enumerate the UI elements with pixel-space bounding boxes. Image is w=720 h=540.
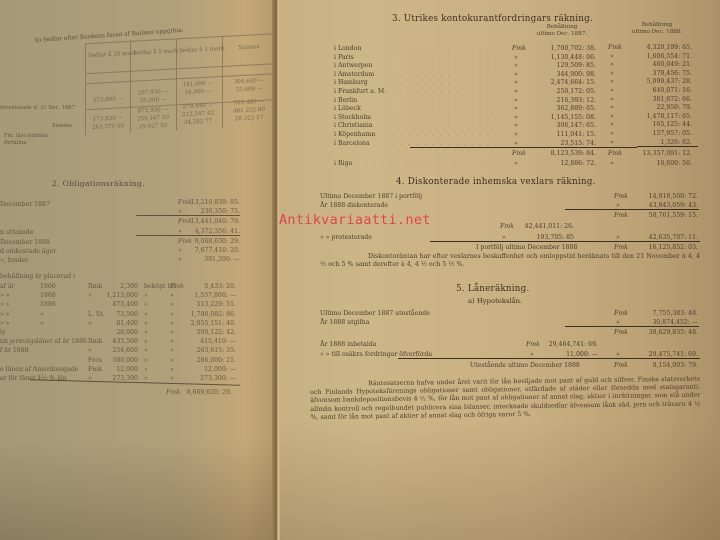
holding-value: 415,410: — — [180, 337, 236, 346]
obl-value: 7,677,410: 20. — [188, 246, 240, 255]
holdings-intro: behållning är placerad i — [0, 272, 75, 281]
holding-year: » — [40, 319, 44, 328]
col2-header-line1: Behållning — [622, 22, 692, 29]
holdings-total: 8,669,620: 29. — [178, 388, 232, 397]
dots: . . . . . . . . . . . . . . . . . . . . … — [350, 159, 500, 168]
currency: » — [170, 337, 174, 346]
col-header-5: Sedlar å 5 mark — [133, 49, 173, 57]
currency: » — [170, 310, 174, 319]
cell: 29,927 50 — [133, 123, 173, 131]
section5-title: 5. Låneräkning. — [456, 284, 530, 294]
holding-nominal: 1,213,600 — [100, 291, 138, 300]
currency: » — [514, 159, 518, 168]
holding-unit: » — [88, 346, 92, 355]
holding-note: » — [144, 310, 148, 319]
holding-value: 513,229: 51. — [180, 300, 236, 309]
holding-value: 509,122: 42. — [180, 328, 236, 337]
loan-row-label: Ultimo December 1887 utestående — [320, 309, 430, 318]
obl-row-label: d omkostade äger — [0, 247, 56, 256]
currency: » — [610, 159, 614, 168]
banknote-table: Sedlar å 20 mark Sedlar å 5 mark Sedlar … — [70, 33, 278, 136]
obl-row-label: », fonder — [0, 256, 28, 265]
holding-value: 263,615: 35. — [180, 346, 236, 355]
holding-nominal: 2,300 — [100, 282, 138, 291]
col1-header-line2: ultimo Dec. 1887. — [528, 31, 596, 38]
loan-repaid-label: År 1888 inbetalda — [320, 340, 377, 349]
cell: 16,000 — — [178, 88, 218, 96]
holding-label: nh jernvägslånet af år 1886 — [0, 337, 87, 346]
city-label: i Barcelona — [334, 139, 370, 148]
loan-value: 7,755,383: 48. — [624, 309, 698, 318]
currency: Fmk — [512, 149, 526, 158]
cell: 259,167 50 — [133, 115, 173, 123]
cell: 304,640 — — [225, 77, 273, 86]
holding-label: ly — [0, 328, 5, 337]
holding-nominal: 12,000 — [100, 365, 138, 374]
currency: » — [170, 356, 174, 365]
holding-note: » — [144, 346, 148, 355]
holding-note: » — [144, 319, 148, 328]
holding-nominal: 73,500 — [100, 310, 138, 319]
cell: 28,323 17 — [225, 114, 273, 123]
riga-1887: 12,886: 72. — [528, 159, 596, 168]
obl-value: 391,200: — — [188, 255, 240, 264]
col-header-1: Sedlar å 1 mark — [179, 46, 219, 54]
holding-value: 12,000: — — [180, 365, 236, 374]
obl-value: 13,441,040: 70. — [188, 217, 240, 226]
currency: » — [178, 255, 182, 264]
disc-closing: 16,125,852: 03. — [624, 243, 698, 252]
cell: 263,579 50 — [88, 123, 128, 131]
col1-header: Behållning ultimo Dec. 1887. — [528, 24, 596, 38]
row-label: Summa — [52, 122, 72, 131]
holding-year: 1868 — [40, 291, 56, 300]
holding-unit: » — [88, 319, 92, 328]
holding-note: » — [144, 300, 148, 309]
left-page: b) Sedlar efter Bankens fasad af Banken … — [0, 0, 278, 540]
obl-value: 9,068,630: 29. — [188, 237, 240, 246]
holding-label: » » — [0, 291, 10, 300]
holding-value: 286,000: 21. — [180, 356, 236, 365]
disc-paid: 42,441,011: 26. — [510, 222, 574, 231]
disc-row-label: Ultimo December 1887 i portfölj — [320, 192, 422, 201]
holding-nominal: 435,500 — [100, 337, 138, 346]
obl-value: 13,210,839: 95. — [188, 198, 240, 207]
holding-label: » » — [0, 300, 10, 309]
riga-1888: 10,600: 50. — [622, 159, 692, 168]
holding-value: 1,790,082: 86. — [180, 310, 236, 319]
holding-note: » — [144, 291, 148, 300]
col-header-sum: Summa — [225, 43, 273, 52]
currency: » — [170, 300, 174, 309]
disc-subtotal: 58,761,559: 15. — [624, 211, 698, 220]
holding-note: » — [144, 365, 148, 374]
loan-repaid: 29,464,741: 69. — [536, 340, 598, 349]
cell: 173,830 — — [88, 115, 128, 123]
cell: 373,800 — — [88, 96, 128, 104]
holding-nominal: 475,400 — [100, 300, 138, 309]
loan-subtotal: 38,629,835: 48. — [624, 328, 698, 337]
obl-row-label: December 1887 — [0, 200, 50, 209]
currency: » — [170, 346, 174, 355]
col2-header-line2: ultimo Dec. 1888. — [622, 29, 692, 36]
cell: 34,582 77 — [178, 118, 218, 126]
holding-label: » » — [0, 319, 10, 328]
holding-nominal: 81,400 — [100, 319, 138, 328]
loan-closing: 9,154,093: 79. — [624, 361, 698, 370]
holding-note: » — [144, 328, 148, 337]
row-label: Inventerade d. 31 Dec. 1887 — [0, 104, 75, 113]
disc-closing-label: I portfölj ultimo December 1888 — [476, 243, 577, 252]
section5-subtitle: a) Hypotekslån. — [468, 297, 522, 305]
holding-value: 2,055,151: 40. — [180, 319, 236, 328]
holding-value: 5,433: 20. — [180, 282, 236, 291]
cell: 181,690 — — [178, 80, 218, 88]
holding-label: af år — [0, 282, 15, 291]
section2-title: 2. Obligationsräkning. — [52, 179, 145, 188]
col-header-20: Sedlar å 20 mark — [88, 51, 128, 59]
currency: » — [178, 246, 182, 255]
holding-year: 1866 — [40, 282, 56, 291]
currency: » — [170, 319, 174, 328]
col1-header-line1: Behållning — [528, 24, 596, 31]
holding-year: » — [40, 310, 44, 319]
cell: 525,480 — — [225, 98, 273, 107]
right-page: 3. Utrikes kontokurantfordringars räknin… — [280, 0, 720, 540]
holding-nominal: 390,000 — [100, 356, 138, 365]
currency: » — [170, 365, 174, 374]
holding-label: f år 1888 — [0, 346, 29, 355]
holding-value: 273,300: — — [180, 374, 236, 383]
loan-row-label: År 1888 utgifna — [320, 318, 369, 327]
cell: 213,547 42 — [178, 110, 218, 118]
interest-paragraph: Räntesatserna hafva under året varit för… — [310, 376, 701, 422]
holding-note: » — [144, 337, 148, 346]
cell: 875,930 — — [133, 107, 173, 115]
disc-protested-label: » » protesterade — [320, 233, 372, 242]
holding-note: » — [144, 356, 148, 365]
watermark: Antikvariaatti.net — [279, 212, 431, 228]
cell: 481,252 80 — [225, 106, 273, 115]
holding-value: 1,537,806: — — [180, 291, 236, 300]
holding-year: 1886 — [40, 300, 56, 309]
section4-title: 4. Diskonterade inhemska vexlars räkning… — [396, 177, 596, 187]
holding-unit: » — [88, 374, 92, 383]
loan-closing-label: Utestående ultimo December 1888 — [470, 361, 580, 370]
currency: » — [170, 328, 174, 337]
currency: » — [610, 138, 614, 147]
section3-title: 3. Utrikes kontokurantfordringars räknin… — [392, 14, 593, 24]
holding-label: » » — [0, 310, 10, 319]
cell: 35,000 — — [133, 97, 173, 105]
row-label: förfallna — [4, 139, 26, 148]
holding-nominal: 26,000 — [100, 328, 138, 337]
discount-note: Diskontoräntan har efter vexlarnes beska… — [320, 253, 700, 269]
total-1888: 13,357,091: 12. — [622, 149, 692, 158]
col2-header: Behållning ultimo Dec. 1888. — [622, 22, 692, 36]
currency: » — [170, 291, 174, 300]
obl-row-label: December 1888 — [0, 238, 50, 247]
holding-unit: » — [88, 291, 92, 300]
total-1887: 8,123,539: 84. — [528, 149, 596, 158]
cell: 297,930 — — [133, 89, 173, 97]
obl-row-label: n uttaxade — [0, 228, 33, 237]
disc-row-label: År 1888 diskonterade — [320, 201, 388, 210]
currency: Fmk — [608, 149, 622, 158]
holding-label: e lånen af Amerikengade — [0, 365, 78, 374]
holding-nominal: 254,600 — [100, 346, 138, 355]
cell: 55,600 — — [225, 85, 273, 94]
cell: 278,440 — — [178, 102, 218, 110]
disc-value: 14,918,500: 72. — [624, 192, 698, 201]
